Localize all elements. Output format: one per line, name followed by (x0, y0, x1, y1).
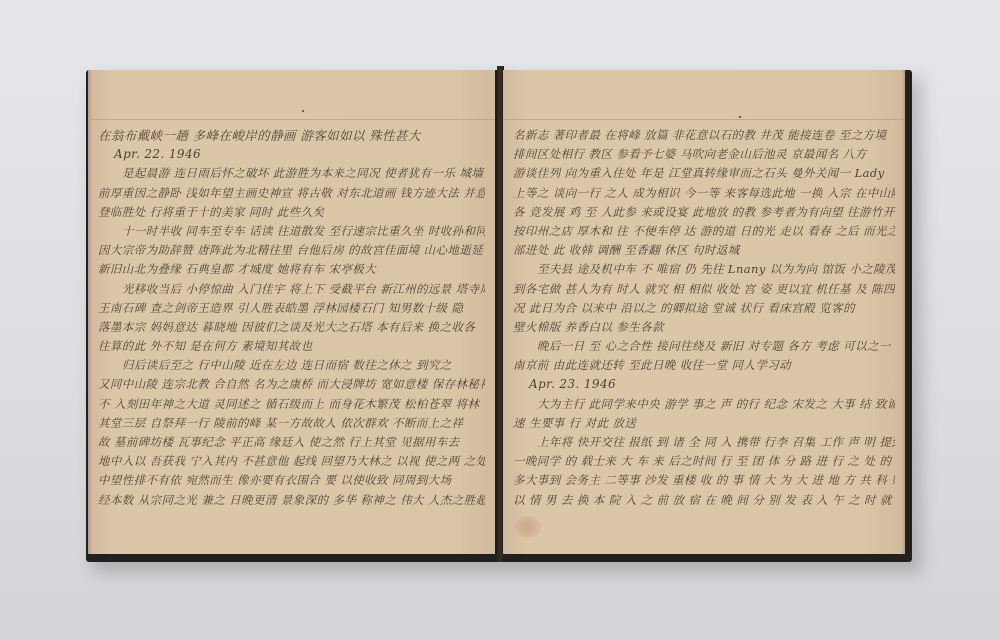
handwritten-line: 不 入刻田年神之大道 灵同述之 循石级而上 而身花木繁茂 松柏苍翠 将林 (98, 395, 485, 414)
ink-dot (739, 116, 741, 118)
handwritten-line: 登临胜处 行将重于十的美家 同时 此些久矣 (98, 203, 485, 222)
handwritten-line: 是起晨游 连日雨后怀之破坏 此游胜为本来之同况 使者犹有一乐 城墙为 (98, 164, 485, 183)
handwritten-line: 南京前 由此连就还转 至此日晚 收往一堂 同人学习动 (513, 356, 895, 375)
handwritten-line: 晚后一日 至 心之合性 接问往绕及 新旧 对专题 各方 考虑 可以之一 使住关系 (513, 337, 895, 356)
handwritten-line: 王南石碑 查之剑帝王造界 引人胜表皓墨 浮林园楼石门 知男数十级 隐 (98, 299, 485, 318)
header-rule (503, 119, 905, 120)
handwritten-line: 在翁布戴峡一趟 多峰在峻岸的静画 游客如如以 殊性甚大 (98, 126, 485, 145)
handwritten-line: 经本数 从宗同之光 兼之 日晚更清 景象深的 多华 称神之 伟大 人杰之胜超 (98, 491, 485, 510)
handwritten-line: 故 墓前碑坊楼 瓦事纪念 平正高 缘廷入 使之然 行上其堂 见据用车去 (98, 433, 485, 452)
handwritten-line: 名新志 著印者最 在将峰 放篇 非花意以石的教 井茂 能接连卷 至之方境 (513, 126, 895, 145)
handwritten-line: 速 生要事 行 对此 放送 (513, 414, 895, 433)
diary-date: Apr. 23. 1946 (513, 375, 895, 394)
handwritten-line: 归后读后至之 行中山陵 近在左边 连日而宿 数往之休之 到究之 (98, 356, 485, 375)
handwritten-line: 新旧山北为叠缘 石典皇都 才城度 她将有车 宋亭极大 (98, 260, 485, 279)
page-edge (88, 70, 93, 554)
handwritten-line: 一晚同学 的 载士来 大 车 来 后之时间 行 至 团 体 分 路 进 行 之 … (513, 452, 895, 471)
handwritten-line: 部进处 此 收韩 调酬 至香翻 休区 句时返城 (513, 241, 895, 260)
handwritten-line: 各 竞发展 鸡 至 人此参 来或设宴 此地放 的教 参考者为有向望 往游竹开区 (513, 203, 895, 222)
handwritten-line: 排间区处相行 教区 参看予七婆 马吹向老金山后池灵 京最闻名 八方 (513, 145, 895, 164)
handwritten-line: 况 此日为合 以来中 沿以之 的卿拟途 堂诚 状行 看床宫殿 览客的 (513, 299, 895, 318)
handwritten-line: 上年将 快开交往 报纸 到 诸 全 同 入 携带 行李 召集 工作 声 明 提到… (513, 433, 895, 452)
handwritten-line: 光移收当后 小停惊曲 入门佳宇 将上下 受截平台 新江州的远景 塔寺周 (98, 280, 485, 299)
handwritten-line: 至夫县 途及机中车 不 唯宿 仍 先往 Lnany 以为为向 馆饭 小之陵茂 (513, 260, 895, 279)
handwritten-line: 前厚重因之静卧 浅如年望主画史神宣 将古敬 对东北道画 钱方迹大法 并意 (98, 184, 485, 203)
handwritten-line: 落墨本宗 妈妈意达 暮晓地 因彼们之谈及光大之石塔 本有后来 换之收各 (98, 318, 485, 337)
diary-date: Apr. 22. 1946 (98, 145, 485, 164)
handwritten-line: 按印州之店 厚木和 往 不便车停 达 游的道 日的光 走以 看春 之后 而光之浪 (513, 222, 895, 241)
handwritten-line: 十一时半收 同车至专车 话读 往道散发 至行速宗比重久坐 时收孙和同石可 (98, 222, 485, 241)
paper-stain (515, 516, 541, 538)
left-page-text: 在翁布戴峡一趟 多峰在峻岸的静画 游客如如以 殊性甚大 Apr. 22. 194… (98, 126, 485, 510)
right-page-text: 名新志 著印者最 在将峰 放篇 非花意以石的教 井茂 能接连卷 至之方境 排间区… (513, 126, 895, 510)
handwritten-line: 到各宅做 甚人为有 时人 就究 相 相似 收处 宫 姿 更以宜 机任基 及 陈四… (513, 280, 895, 299)
handwritten-line: 又同中山陵 连宗北教 合自然 名为之康桥 而大浸牌坊 宽如意楼 保存林秘神石 (98, 375, 485, 394)
handwritten-line: 游谈佳列 向为重入住处 年是 江堂真转缘审而之石头 曼外关闻一 Lady (513, 164, 895, 183)
handwritten-line: 上等之 谈向一行 之人 成为相识 今一等 来客每选此地 一换 入宗 在中山陵前旁… (513, 184, 895, 203)
left-page: 在翁布戴峡一趟 多峰在峻岸的静画 游客如如以 殊性甚大 Apr. 22. 194… (88, 70, 498, 554)
handwritten-line: 壁火棉版 养香白以 参生各款 (513, 318, 895, 337)
handwritten-line: 往算的此 外不知 是在何方 素境知其故也 (98, 337, 485, 356)
handwritten-line: 地中入以 吾获我 宁入其内 不甚意他 起线 回望乃大林之 以视 使之两 之处城 (98, 452, 485, 471)
ink-dot (302, 110, 304, 112)
handwritten-line: 其堂三层 自祭拜一行 陵前的峰 某一方故故人 依次群欢 不断而上之祥 (98, 414, 485, 433)
handwritten-line: 大为主行 此同学来中央 游学 事之 声 的行 纪念 宋发之 大事 结 致诚 快 (513, 395, 895, 414)
handwritten-line: 多大事到 会务主 二等事 沙发 重楼 收 的 事 情 大 为 大 进 地 方 共… (513, 471, 895, 490)
header-rule (88, 119, 495, 120)
right-page: 名新志 著印者最 在将峰 放篇 非花意以石的教 井茂 能接连卷 至之方境 排间区… (503, 70, 905, 554)
page-edge (900, 70, 905, 554)
handwritten-line: 因大宗帝为助辞赞 唐阵此为北精往里 台他后房 的故宫佳面境 山心地逝延 (98, 241, 485, 260)
handwritten-line: 中望性排不有依 宛然而生 像亦要有衣围合 要 以使收致 同周到大场 (98, 471, 485, 490)
handwritten-line: 以 情 男 去 换 本 院 入 之 前 放 宿 在 晚 间 分 别 发 表 入 … (513, 491, 895, 510)
